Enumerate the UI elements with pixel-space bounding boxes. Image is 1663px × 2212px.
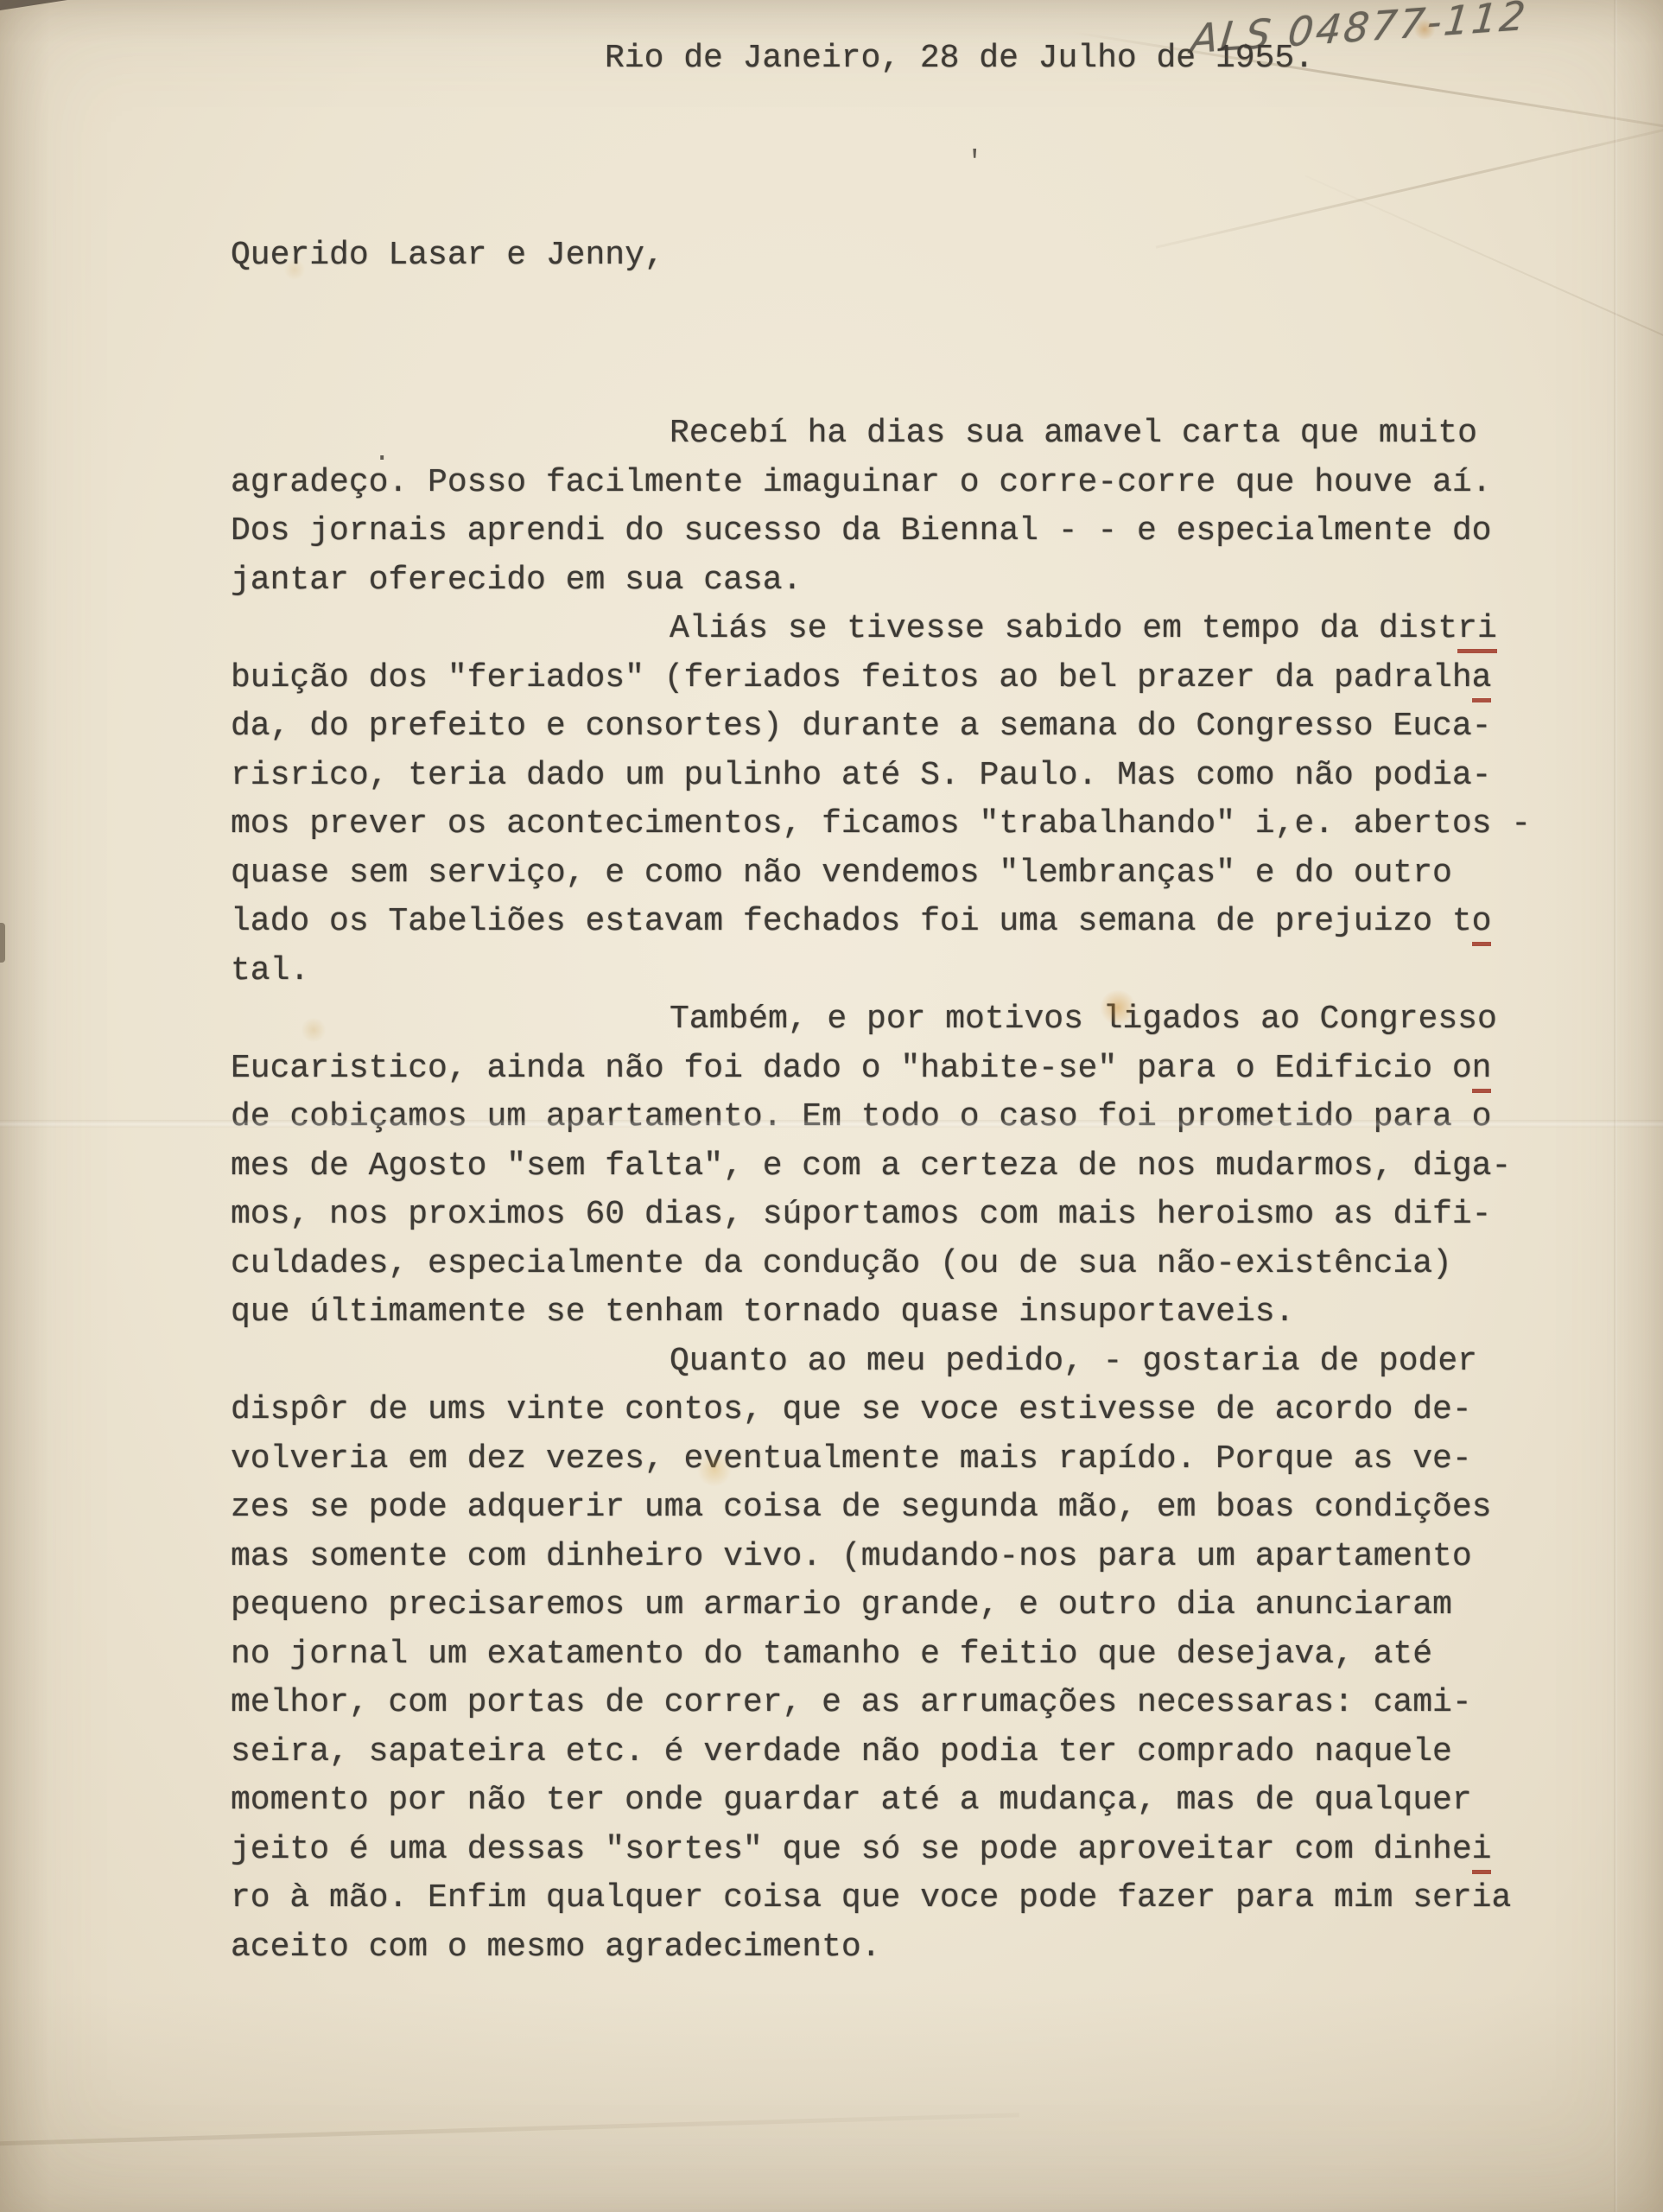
letter-line: Eucaristico, ainda não foi dado o "habit…	[231, 1045, 1531, 1094]
letter-line: Recebí ha dias sua amavel carta que muit…	[231, 410, 1531, 459]
letter-line: buição dos "feriados" (feriados feitos a…	[231, 654, 1531, 703]
letter-line: mes de Agosto "sem falta", e com a certe…	[231, 1142, 1531, 1192]
paper-corner-shadow	[0, 0, 67, 10]
letter-line: momento por não ter onde guardar até a m…	[231, 1777, 1531, 1826]
letter-line: culdades, especialmente da condução (ou …	[231, 1240, 1531, 1289]
letter-line: agradeço. Posso facilmente imaguinar o c…	[231, 459, 1531, 508]
typewritten-letter-page: ALS 04877-112 Rio de Janeiro, 28 de Julh…	[0, 0, 1663, 2212]
letter-line: de cobiçamos um apartamento. Em todo o c…	[231, 1093, 1531, 1142]
letter-line: volveria em dez vezes, eventualmente mai…	[231, 1435, 1531, 1484]
letter-body: Recebí ha dias sua amavel carta que muit…	[231, 410, 1531, 1972]
red-continuation-mark: o	[1472, 903, 1492, 946]
letter-line: da, do prefeito e consortes) durante a s…	[231, 702, 1531, 752]
letter-line: melhor, com portas de correr, e as arrum…	[231, 1679, 1531, 1728]
letter-line: dispôr de ums vinte contos, que se voce …	[231, 1386, 1531, 1435]
letter-line: mas somente com dinheiro vivo. (mudando-…	[231, 1533, 1531, 1582]
letter-line: tal.	[231, 947, 1531, 996]
paper-crease-right-edge	[1614, 0, 1617, 2212]
letter-line: pequeno precisaremos um armario grande, …	[231, 1581, 1531, 1630]
letter-line: Aliás se tivesse sabido em tempo da dist…	[231, 605, 1531, 654]
letter-line: Dos jornais aprendi do sucesso da Bienna…	[231, 507, 1531, 556]
letter-line: jeito é uma dessas "sortes" que só se po…	[231, 1826, 1531, 1875]
red-continuation-mark: n	[1472, 1050, 1492, 1093]
letter-line: mos prever os acontecimentos, ficamos "t…	[231, 800, 1531, 849]
letter-line: mos, nos proximos 60 dias, súportamos co…	[231, 1191, 1531, 1240]
paper-crease-bottom	[0, 2113, 1019, 2146]
letter-line: lado os Tabeliões estavam fechados foi u…	[231, 898, 1531, 947]
letter-line: que últimamente se tenham tornado quase …	[231, 1288, 1531, 1338]
paper-crease-top-right	[1156, 125, 1663, 248]
letter-date: Rio de Janeiro, 28 de Julho de 1955.	[605, 35, 1314, 84]
letter-line: seira, sapateira etc. é verdade não podi…	[231, 1728, 1531, 1777]
letter-line: aceito com o mesmo agradecimento.	[231, 1923, 1531, 1973]
paper-edge-shadow	[0, 923, 5, 963]
letter-line: ro à mão. Enfim qualquer coisa que voce …	[231, 1874, 1531, 1923]
letter-line: jantar oferecido em sua casa.	[231, 556, 1531, 606]
letter-line: no jornal um exatamento do tamanho e fei…	[231, 1630, 1531, 1680]
red-continuation-mark: a	[1472, 659, 1492, 702]
letter-line: zes se pode adquerir uma coisa de segund…	[231, 1484, 1531, 1533]
letter-line: risrico, teria dado um pulinho até S. Pa…	[231, 752, 1531, 801]
letter-salutation: Querido Lasar e Jenny,	[231, 232, 664, 281]
red-continuation-mark: ri	[1457, 610, 1497, 653]
letter-line: quase sem serviço, e como não vendemos "…	[231, 849, 1531, 899]
paper-crease-top-right	[1304, 175, 1663, 345]
letter-line: Quanto ao meu pedido, - gostaria de pode…	[231, 1338, 1531, 1387]
stray-typed-mark: '	[966, 147, 983, 180]
red-continuation-mark: i	[1472, 1831, 1492, 1874]
letter-line: Também, e por motivos ligados ao Congres…	[231, 995, 1531, 1045]
